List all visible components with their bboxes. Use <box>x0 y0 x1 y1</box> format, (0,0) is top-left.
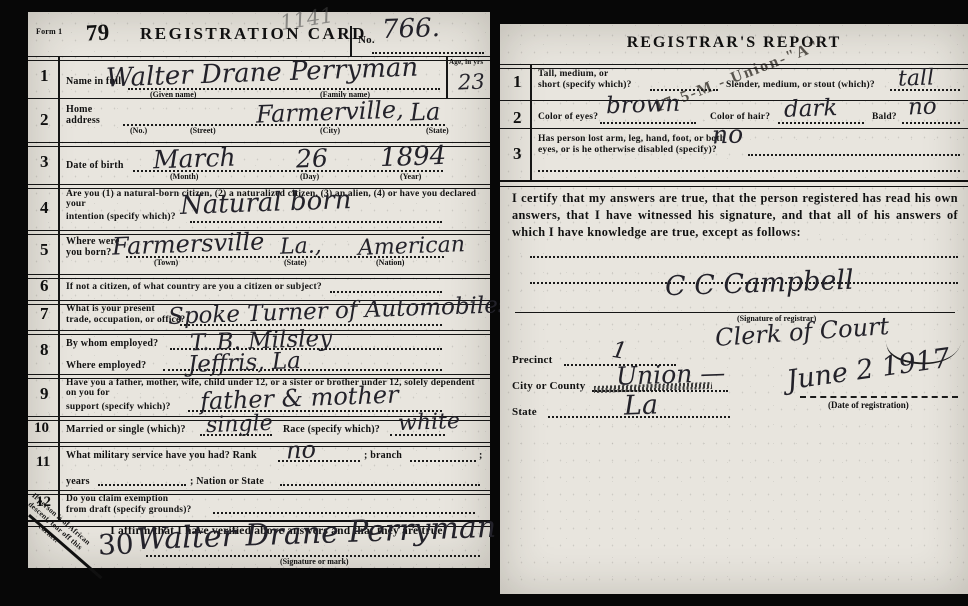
dob-year-value: 1894 <box>379 141 446 173</box>
branch-label: ; branch <box>364 450 402 461</box>
stout-value: tall <box>898 65 935 91</box>
form-number-label: Form 1 <box>36 28 62 37</box>
dotted-line <box>890 89 960 91</box>
dotted-line <box>600 122 696 124</box>
nation-state-label: ; Nation or State <box>190 476 264 487</box>
not-citizen-question: If not a citizen, of what country are yo… <box>66 282 322 292</box>
dob-label: Date of birth <box>66 160 124 171</box>
dotted-line <box>902 122 960 124</box>
disabled-label-2: eyes, or is he otherwise disabled (speci… <box>538 145 717 155</box>
row-number: 5 <box>40 240 49 260</box>
city-sublabel: (City) <box>320 126 340 135</box>
row-number: 1 <box>513 72 522 92</box>
state-label: State <box>512 406 537 418</box>
report-title: REGISTRAR'S REPORT <box>500 34 968 52</box>
registration-date-value: June 2 1917 <box>785 343 952 397</box>
dotted-line <box>778 122 864 124</box>
exemption-label-2: from draft (specify grounds)? <box>66 505 192 515</box>
row-number: 7 <box>40 304 49 324</box>
registration-card: Form 1 79 REGISTRATION CARD 1141 No. 766… <box>28 12 490 568</box>
no-sublabel: (No.) <box>130 126 147 135</box>
card-number-label: No. <box>358 34 375 46</box>
bald-value: no <box>908 94 938 121</box>
number-column-line <box>530 64 532 180</box>
photostat-scan: Form 1 79 REGISTRATION CARD 1141 No. 766… <box>0 0 968 606</box>
eyes-label: Color of eyes? <box>538 112 598 122</box>
row-rule-heavy <box>500 180 968 187</box>
dotted-line <box>410 460 476 462</box>
military-label: What military service have you had? Rank <box>66 450 257 461</box>
card-number-value: 766. <box>381 13 440 45</box>
day-sublabel: (Day) <box>300 172 319 181</box>
row-number: 1 <box>40 66 49 86</box>
born-town-value: Farmersville <box>112 227 265 260</box>
dotted-line <box>748 154 960 156</box>
card-title: REGISTRATION CARD <box>140 25 367 44</box>
row-number: 4 <box>40 198 49 218</box>
born-state-value: La., <box>280 233 323 259</box>
street-sublabel: (Street) <box>190 126 216 135</box>
dotted-line <box>280 484 480 486</box>
state-sublabel: (State) <box>426 126 449 135</box>
born-label-2: you born? <box>66 247 111 258</box>
city-county-label: City or County <box>512 380 586 392</box>
employer-label: By whom employed? <box>66 338 158 349</box>
signature-sublabel: (Signature or mark) <box>280 557 349 566</box>
registration-date-sublabel: (Date of registration) <box>828 400 909 410</box>
corner-number: 30 <box>97 527 134 561</box>
row-number: 6 <box>40 276 49 296</box>
dependents-question-line2: support (specify which)? <box>66 402 171 412</box>
bald-label: Bald? <box>872 112 897 122</box>
build-label-2: short (specify which)? <box>538 80 632 90</box>
dotted-line <box>538 170 960 172</box>
row-rule <box>28 442 490 447</box>
married-label: Married or single (which)? <box>66 424 186 435</box>
registrant-signature: Walter Drane Perryman <box>135 510 496 558</box>
row-number: 8 <box>40 340 49 360</box>
citizen-question-line2: intention (specify which)? <box>66 212 176 222</box>
employed-where-label: Where employed? <box>66 360 146 371</box>
dotted-line <box>190 221 442 223</box>
registrars-report-card: REGISTRAR'S REPORT 17-5-M - Union-"A" 1 … <box>500 24 968 594</box>
home-address-label-2: address <box>66 115 100 126</box>
dotted-line <box>278 460 360 462</box>
state-value: La <box>623 389 658 421</box>
serial-stamp: 79 <box>85 19 110 45</box>
registrar-signature: C C Campbell <box>665 265 855 303</box>
row-number: 10 <box>34 420 49 437</box>
disabled-value: no <box>712 119 744 149</box>
certification-text: I certify that my answers are true, that… <box>512 190 958 241</box>
header-divider <box>350 26 352 56</box>
stout-label: Slender, medium, or stout (which)? <box>726 80 875 90</box>
home-state-value: La <box>410 97 441 126</box>
age-column-line <box>446 56 448 98</box>
age-header: Age, in yrs <box>449 59 483 67</box>
born-nation-value: American <box>358 232 466 261</box>
race-value: white <box>398 409 461 436</box>
age-value: 23 <box>458 70 486 95</box>
row-number: 9 <box>40 384 49 404</box>
disabled-label-1: Has person lost arm, leg, hand, foot, or… <box>538 134 725 144</box>
race-label: Race (specify which)? <box>283 424 380 435</box>
dotted-line <box>390 434 445 436</box>
town-sublabel: (Town) <box>154 258 178 267</box>
hair-value: dark <box>784 95 838 123</box>
row-number: 11 <box>36 454 50 471</box>
year-sublabel: (Year) <box>400 172 421 181</box>
build-label-1: Tall, medium, or <box>538 69 608 79</box>
dashed-line <box>800 396 958 398</box>
exemption-label-1: Do you claim exemption <box>66 494 168 504</box>
row-number: 3 <box>513 144 522 164</box>
row-number: 3 <box>40 152 49 172</box>
home-address-label-1: Home <box>66 104 92 115</box>
trade-label-1: What is your present <box>66 304 155 314</box>
signature-line <box>515 312 955 313</box>
home-city-value: Farmerville, <box>256 95 405 128</box>
citizen-answer: Natural born <box>180 185 352 221</box>
precinct-label: Precinct <box>512 354 553 366</box>
years-label: years <box>66 476 90 487</box>
dotted-line <box>330 291 442 293</box>
dotted-line <box>530 256 958 258</box>
dob-day-value: 26 <box>296 143 329 173</box>
row-rule <box>500 100 968 101</box>
semicolon: ; <box>479 450 483 461</box>
row-number: 2 <box>513 108 522 128</box>
row-rule <box>28 274 490 279</box>
number-column-line <box>58 56 60 520</box>
dob-month-value: March <box>153 143 237 175</box>
row-number: 2 <box>40 110 49 130</box>
dotted-line <box>200 434 272 436</box>
eyes-value: brown <box>606 91 681 120</box>
dotted-line <box>98 484 186 486</box>
